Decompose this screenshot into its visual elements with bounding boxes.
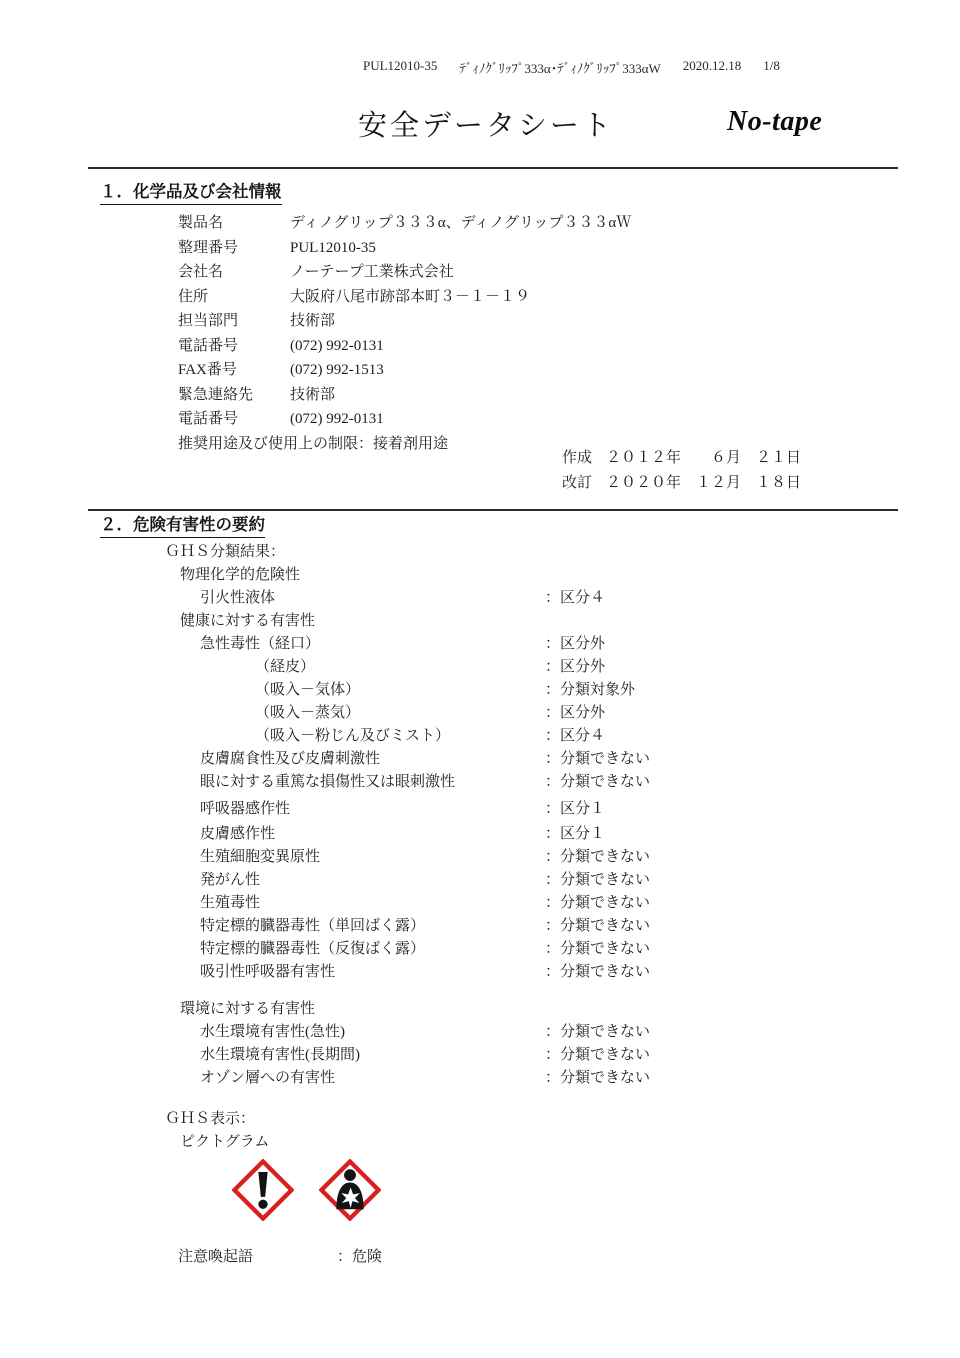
hazard-category-value: ：区分外 xyxy=(545,655,605,676)
ghs-row-aspiration-hazard: 吸引性呼吸器有害性 ：分類できない xyxy=(100,960,910,983)
hazard-class-label: 水生環境有害性(急性) xyxy=(200,1020,345,1041)
spacer xyxy=(100,983,910,997)
document-dates: 作成 ２０１２年 ６月 ２１日 改訂 ２０２０年 １２月 １８日 xyxy=(562,446,801,496)
hazard-class-label: （経皮） xyxy=(255,655,315,676)
hazard-category-value: ：分類できない xyxy=(545,1066,650,1087)
field-row-product-name: 製品名 ディノグリップ３３３α、ディノグリップ３３３αＷ xyxy=(178,211,900,236)
hazard-class-label: 皮膚腐食性及び皮膚刺激性 xyxy=(200,747,380,768)
ghs-row-germ-cell-mutagenicity: 生殖細胞変異原性 ：分類できない xyxy=(100,845,910,868)
field-value: 技術部 xyxy=(290,309,335,330)
hazard-class-label: 発がん性 xyxy=(200,868,260,889)
page-number: 1/8 xyxy=(763,58,780,77)
field-row-emergency-contact: 緊急連絡先 技術部 xyxy=(178,383,900,408)
hazard-category-value: ：分類対象外 xyxy=(545,678,635,699)
ghs-row-respiratory-sensitization: 呼吸器感作性 ：区分１ xyxy=(100,797,910,820)
ghs-result-heading: ＧＨＳ分類結果： xyxy=(165,540,285,561)
ghs-row-acute-toxicity-vapor: （吸入－蒸気） ：区分外 xyxy=(100,701,910,724)
field-row-ref-number: 整理番号 PUL12010-35 xyxy=(178,236,900,261)
ghs-label-heading: ＧＨＳ表示： xyxy=(165,1107,255,1128)
header-divider xyxy=(88,167,898,169)
field-label: 電話番号 xyxy=(178,407,290,428)
field-label: 整理番号 xyxy=(178,236,290,257)
hazard-category-value: ：分類できない xyxy=(545,937,650,958)
ghs-row-reproductive-toxicity: 生殖毒性 ：分類できない xyxy=(100,891,910,914)
field-row-fax: FAX番号 (072) 992-1513 xyxy=(178,358,900,383)
created-label: 作成 xyxy=(562,446,592,471)
hazard-class-label: 皮膚感作性 xyxy=(200,822,275,843)
ghs-row-aquatic-chronic: 水生環境有害性(長期間) ：分類できない xyxy=(100,1043,910,1066)
field-value: (072) 992-0131 xyxy=(290,338,384,355)
field-label: 担当部門 xyxy=(178,309,290,330)
ghs-row-ozone-layer: オゾン層への有害性 ：分類できない xyxy=(100,1066,910,1089)
ghs-row-flammable-liquid: 引火性液体 ：区分４ xyxy=(100,586,910,609)
physical-hazard-group-title-row: 物理化学的危険性 xyxy=(100,563,910,586)
ghs-row-skin-corrosion: 皮膚腐食性及び皮膚刺激性 ：分類できない xyxy=(100,747,910,770)
document-revision-date: 2020.12.18 xyxy=(683,58,742,77)
spacer xyxy=(100,1089,910,1107)
hazard-class-label: 特定標的臓器毒性（反復ばく露） xyxy=(200,937,425,958)
company-info-fields: 製品名 ディノグリップ３３３α、ディノグリップ３３３αＷ 整理番号 PUL120… xyxy=(178,211,900,432)
section-hazard-summary: ２．危険有害性の要約 ＧＨＳ分類結果： 物理化学的危険性 引火性液体 ：区分４ … xyxy=(100,514,910,1268)
environment-hazard-group-title-row: 環境に対する有害性 xyxy=(100,997,910,1020)
hazard-class-label: 生殖毒性 xyxy=(200,891,260,912)
signal-word-label: 注意喚起語 xyxy=(178,1245,253,1266)
section-chemical-company-info: １．化学品及び会社情報 製品名 ディノグリップ３３３α、ディノグリップ３３３αＷ… xyxy=(100,181,900,456)
ghs-row-stot-repeated: 特定標的臓器毒性（反復ばく露） ：分類できない xyxy=(100,937,910,960)
hazard-category-value: ：区分外 xyxy=(545,701,605,722)
field-label: 電話番号 xyxy=(178,334,290,355)
created-date-row: 作成 ２０１２年 ６月 ２１日 xyxy=(562,446,801,471)
ghs-row-skin-sensitization: 皮膚感作性 ：区分１ xyxy=(100,822,910,845)
field-label: 会社名 xyxy=(178,260,290,281)
no-tape-logo: No-tape xyxy=(727,106,822,138)
sds-document-page: PUL12010-35 ﾃﾞｨﾉｸﾞﾘｯﾌﾟ333α･ﾃﾞｨﾉｸﾞﾘｯﾌﾟ333… xyxy=(0,0,960,1358)
document-ref-number: PUL12010-35 xyxy=(363,58,437,77)
hazard-category-value: ：分類できない xyxy=(545,770,650,791)
hazard-class-label: 呼吸器感作性 xyxy=(200,797,290,818)
field-value: (072) 992-1513 xyxy=(290,362,384,379)
hazard-category-value: ：分類できない xyxy=(545,914,650,935)
hazard-category-value: ：区分１ xyxy=(545,797,605,818)
group-title: 環境に対する有害性 xyxy=(180,997,315,1018)
field-row-emergency-phone: 電話番号 (072) 992-0131 xyxy=(178,407,900,432)
ghs-row-acute-toxicity-dust-mist: （吸入－粉じん及びミスト） ：区分４ xyxy=(100,724,910,747)
field-value: (072) 992-0131 xyxy=(290,411,384,428)
ghs-row-stot-single: 特定標的臓器毒性（単回ばく露） ：分類できない xyxy=(100,914,910,937)
field-row-company-name: 会社名 ノーテープ工業株式会社 xyxy=(178,260,900,285)
ghs-row-acute-toxicity-dermal: （経皮） ：区分外 xyxy=(100,655,910,678)
ghs-result-heading-row: ＧＨＳ分類結果： xyxy=(100,540,910,563)
revised-date-row: 改訂 ２０２０年 １２月 １８日 xyxy=(562,471,801,496)
hazard-class-label: （吸入－蒸気） xyxy=(255,701,360,722)
revised-label: 改訂 xyxy=(562,471,592,496)
section-divider xyxy=(88,509,898,511)
field-row-address: 住所 大阪府八尾市跡部本町３－１－１９ xyxy=(178,285,900,310)
ghs-pictograms xyxy=(100,1159,910,1223)
ghs-row-carcinogenicity: 発がん性 ：分類できない xyxy=(100,868,910,891)
hazard-class-label: 眼に対する重篤な損傷性又は眼刺激性 xyxy=(200,770,455,791)
hazard-category-value: ：区分４ xyxy=(545,586,605,607)
hazard-category-value: ：区分外 xyxy=(545,632,605,653)
hazard-class-label: 特定標的臓器毒性（単回ばく露） xyxy=(200,914,425,935)
hazard-category-value: ：分類できない xyxy=(545,1043,650,1064)
hazard-category-value: ：分類できない xyxy=(545,960,650,981)
revised-value: ２０２０年 １２月 １８日 xyxy=(606,471,801,496)
health-hazard-group-title-row: 健康に対する有害性 xyxy=(100,609,910,632)
hazard-class-label: 急性毒性（経口） xyxy=(200,632,320,653)
document-reference-header: PUL12010-35 ﾃﾞｨﾉｸﾞﾘｯﾌﾟ333α･ﾃﾞｨﾉｸﾞﾘｯﾌﾟ333… xyxy=(363,58,780,77)
field-label: 住所 xyxy=(178,285,290,306)
document-product-names: ﾃﾞｨﾉｸﾞﾘｯﾌﾟ333α･ﾃﾞｨﾉｸﾞﾘｯﾌﾟ333αW xyxy=(459,58,660,77)
hazard-category-value: ：分類できない xyxy=(545,1020,650,1041)
ghs-row-eye-damage: 眼に対する重篤な損傷性又は眼刺激性 ：分類できない xyxy=(100,770,910,793)
pictogram-label-row: ピクトグラム xyxy=(100,1130,910,1153)
field-value: 大阪府八尾市跡部本町３－１－１９ xyxy=(290,285,530,306)
field-row-department: 担当部門 技術部 xyxy=(178,309,900,334)
field-label: FAX番号 xyxy=(178,358,290,379)
ghs-row-aquatic-acute: 水生環境有害性(急性) ：分類できない xyxy=(100,1020,910,1043)
hazard-category-value: ：分類できない xyxy=(545,891,650,912)
signal-word-row: 注意喚起語 ：危険 xyxy=(100,1245,910,1268)
hazard-class-label: （吸入－気体） xyxy=(255,678,360,699)
hazard-class-label: 引火性液体 xyxy=(200,586,275,607)
field-value: 技術部 xyxy=(290,383,335,404)
hazard-category-value: ：分類できない xyxy=(545,868,650,889)
ghs-row-acute-toxicity-gas: （吸入－気体） ：分類対象外 xyxy=(100,678,910,701)
hazard-class-label: 吸引性呼吸器有害性 xyxy=(200,960,335,981)
field-label: 製品名 xyxy=(178,211,290,232)
field-value: PUL12010-35 xyxy=(290,240,376,257)
hazard-class-label: 水生環境有害性(長期間) xyxy=(200,1043,360,1064)
hazard-category-value: ：区分４ xyxy=(545,724,605,745)
hazard-class-label: 生殖細胞変異原性 xyxy=(200,845,320,866)
ghs-classification-block: ＧＨＳ分類結果： 物理化学的危険性 引火性液体 ：区分４ 健康に対する有害性 急… xyxy=(100,540,910,1268)
field-label: 緊急連絡先 xyxy=(178,383,290,404)
hazard-category-value: ：分類できない xyxy=(545,845,650,866)
section2-heading: ２．危険有害性の要約 xyxy=(100,514,265,538)
ghs08-health-hazard-icon xyxy=(319,1159,381,1221)
ghs-label-heading-row: ＧＨＳ表示： xyxy=(100,1107,910,1130)
signal-word-value: ：危険 xyxy=(337,1245,382,1266)
silhouette-head xyxy=(344,1169,356,1181)
hazard-class-label: オゾン層への有害性 xyxy=(200,1066,335,1087)
hazard-category-value: ：区分１ xyxy=(545,822,605,843)
hazard-class-label: （吸入－粉じん及びミスト） xyxy=(255,724,450,745)
document-title: 安全データシート xyxy=(358,103,614,144)
field-row-phone: 電話番号 (072) 992-0131 xyxy=(178,334,900,359)
created-value: ２０１２年 ６月 ２１日 xyxy=(606,446,801,471)
pictogram-label: ピクトグラム xyxy=(180,1130,270,1151)
field-value: ディノグリップ３３３α、ディノグリップ３３３αＷ xyxy=(290,211,631,232)
hazard-category-value: ：分類できない xyxy=(545,747,650,768)
exclamation-dot xyxy=(258,1200,267,1209)
ghs07-exclamation-mark-icon xyxy=(232,1159,294,1221)
field-value: ノーテープ工業株式会社 xyxy=(290,260,454,281)
section1-heading: １．化学品及び会社情報 xyxy=(100,181,282,205)
group-title: 健康に対する有害性 xyxy=(180,609,315,630)
ghs-row-acute-toxicity-oral: 急性毒性（経口） ：区分外 xyxy=(100,632,910,655)
group-title: 物理化学的危険性 xyxy=(180,563,300,584)
